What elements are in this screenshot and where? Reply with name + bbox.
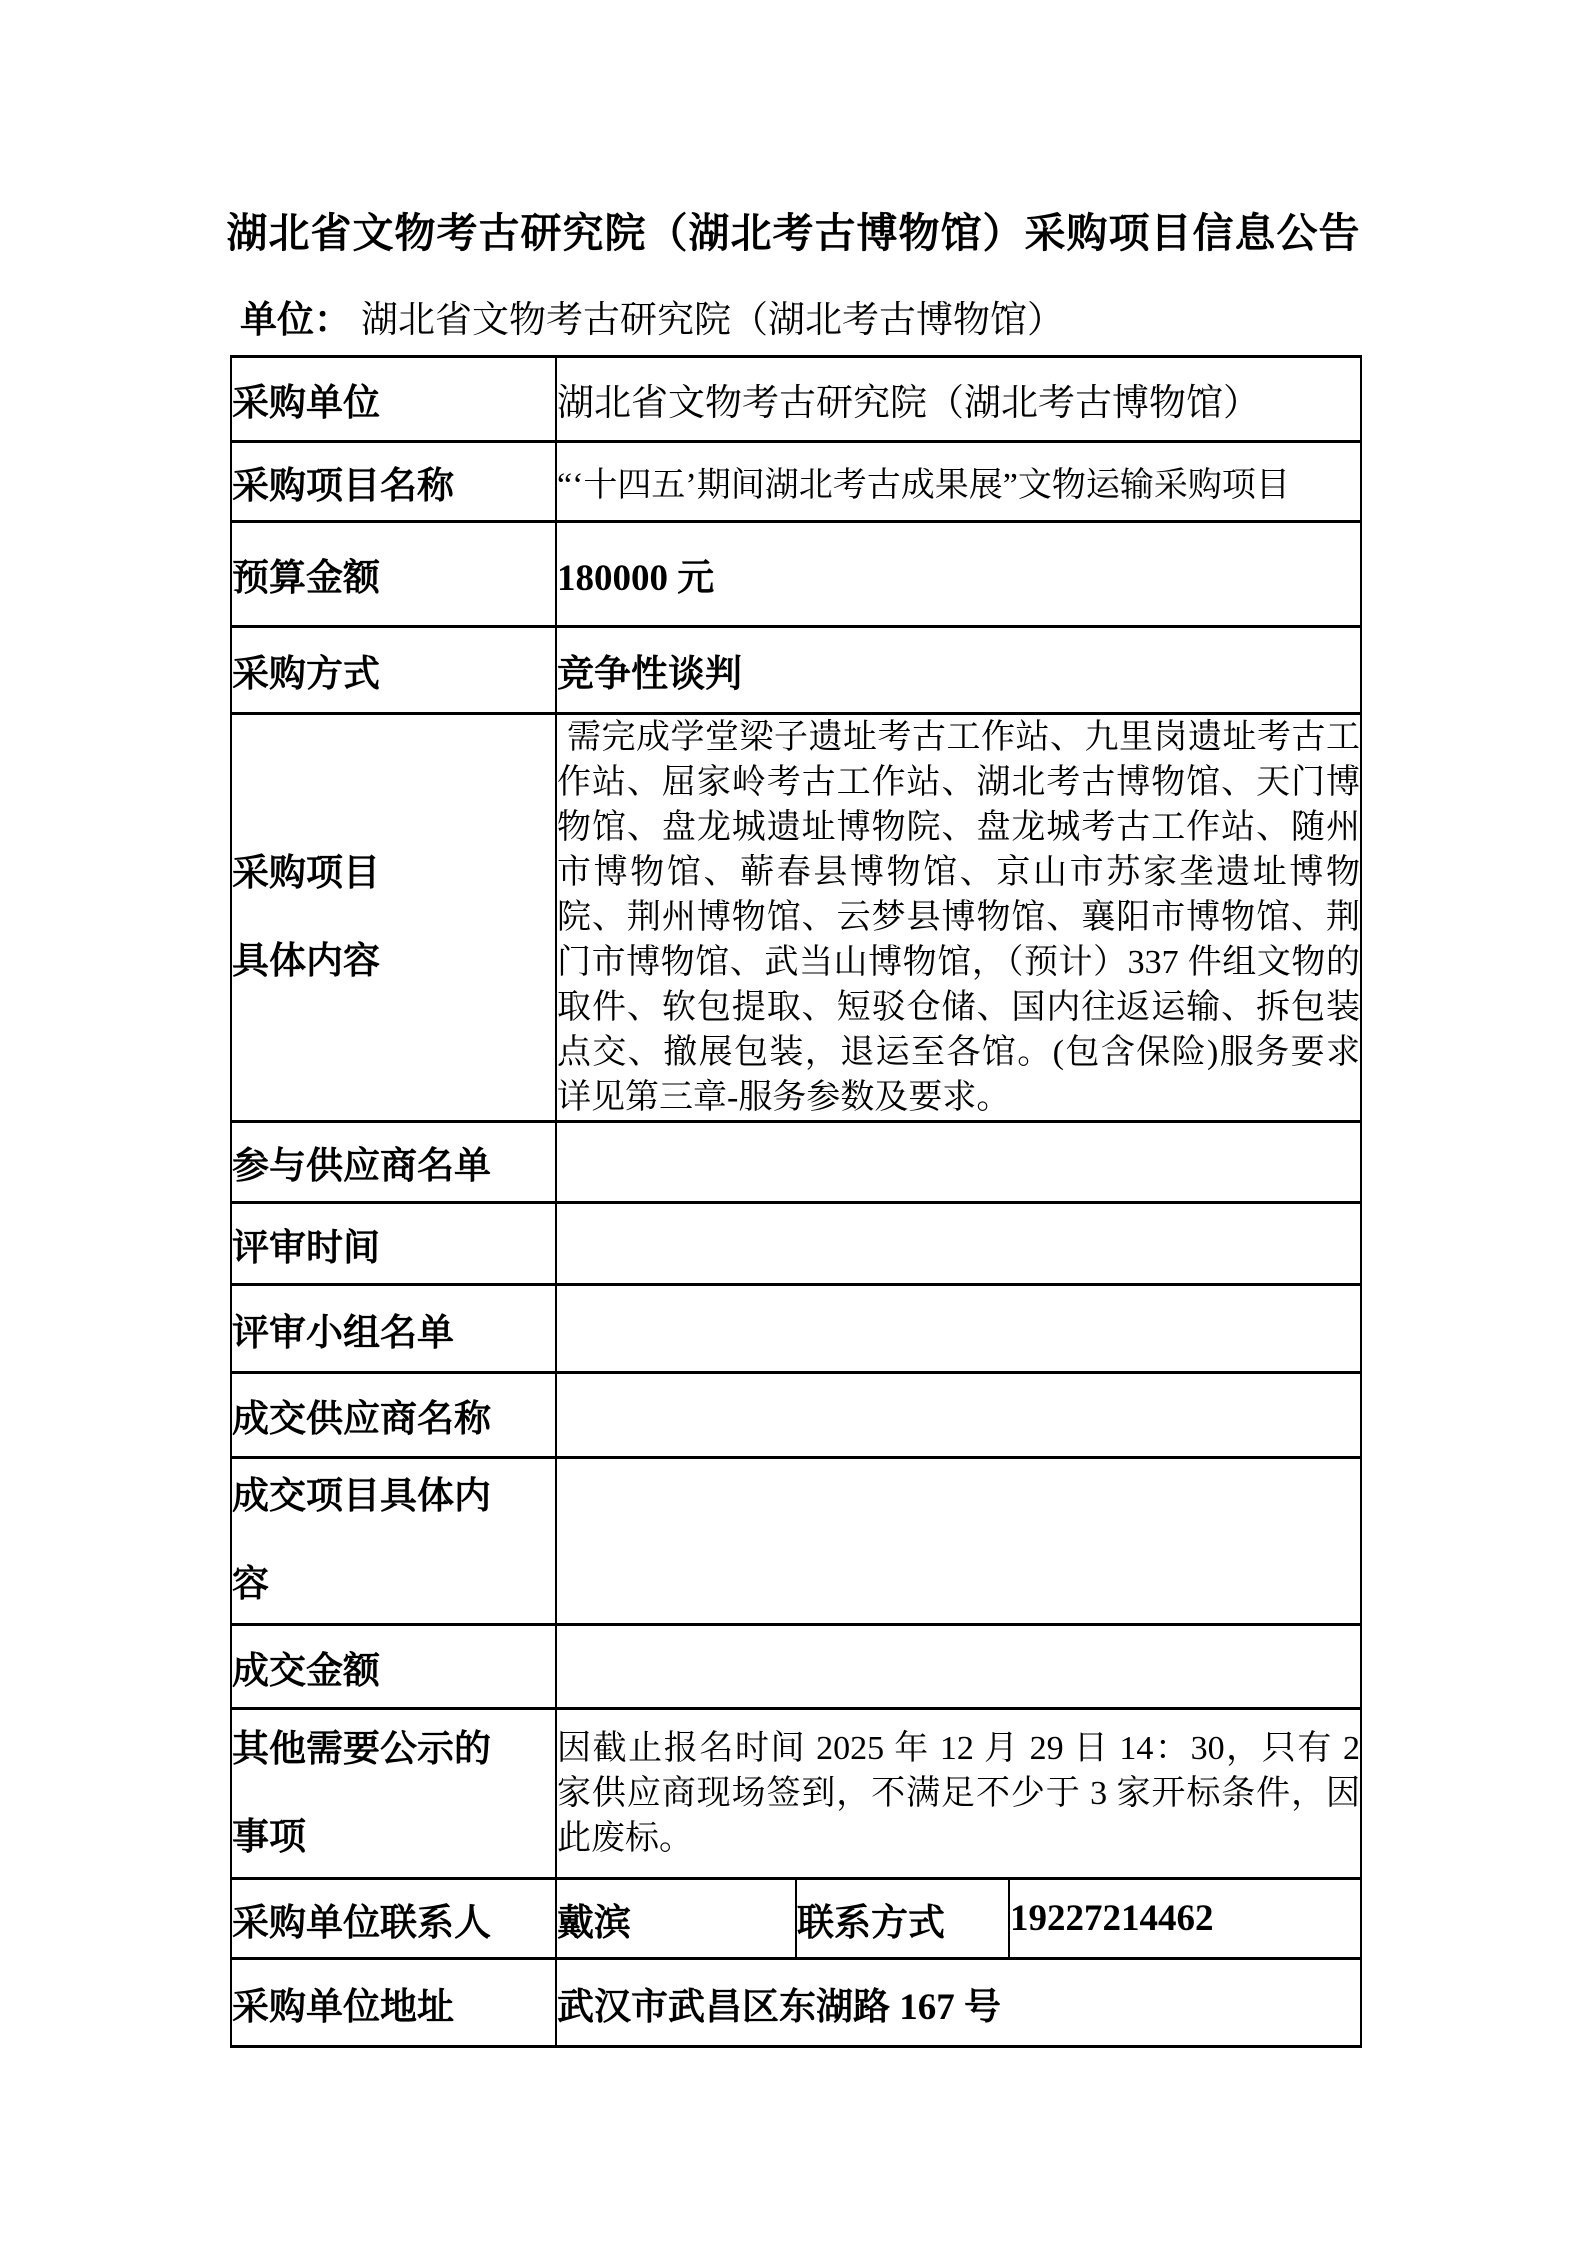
label-other-notes: 其他需要公示的 事项	[231, 1709, 556, 1879]
label-line: 具体内容	[232, 942, 555, 982]
value-project-name: “‘十四五’期间湖北考古成果展”文物运输采购项目	[556, 442, 1361, 522]
table-row: 成交项目具体内 容	[231, 1458, 1361, 1625]
label-contact-method: 联系方式	[796, 1879, 1009, 1959]
label-line: 事项	[232, 1818, 555, 1858]
table-row: 成交金额	[231, 1625, 1361, 1709]
value-winning-details	[556, 1458, 1361, 1625]
label-purchasing-address: 采购单位地址	[231, 1959, 556, 2047]
value-contact-phone: 19227214462	[1009, 1879, 1361, 1959]
value-winning-amount	[556, 1625, 1361, 1709]
table-row: 参与供应商名单	[231, 1122, 1361, 1203]
procurement-info-table: 采购单位 湖北省文物考古研究院（湖北考古博物馆） 采购项目名称 “‘十四五’期间…	[230, 355, 1362, 2048]
table-row: 采购单位联系人 戴滨 联系方式 19227214462	[231, 1879, 1361, 1959]
table-row: 其他需要公示的 事项 因截止报名时间 2025 年 12 月 29 日 14：3…	[231, 1709, 1361, 1879]
label-procurement-method: 采购方式	[231, 627, 556, 714]
value-purchasing-unit: 湖北省文物考古研究院（湖北考古博物馆）	[556, 357, 1361, 442]
page-title: 湖北省文物考古研究院（湖北考古博物馆）采购项目信息公告	[0, 200, 1587, 259]
value-procurement-method: 竞争性谈判	[556, 627, 1361, 714]
value-winning-supplier	[556, 1373, 1361, 1458]
table-row: 采购方式 竞争性谈判	[231, 627, 1361, 714]
table-row: 采购项目名称 “‘十四五’期间湖北考古成果展”文物运输采购项目	[231, 442, 1361, 522]
label-project-name: 采购项目名称	[231, 442, 556, 522]
value-other-notes: 因截止报名时间 2025 年 12 月 29 日 14：30，只有 2 家供应商…	[556, 1709, 1361, 1879]
table-row: 采购单位地址 武汉市武昌区东湖路 167 号	[231, 1959, 1361, 2047]
label-budget-amount: 预算金额	[231, 522, 556, 627]
label-winning-details: 成交项目具体内 容	[231, 1458, 556, 1625]
label-supplier-list: 参与供应商名单	[231, 1122, 556, 1203]
label-line: 采购项目	[232, 854, 555, 894]
label-review-time: 评审时间	[231, 1203, 556, 1285]
value-review-panel	[556, 1285, 1361, 1373]
label-contact-person: 采购单位联系人	[231, 1879, 556, 1959]
value-purchasing-address: 武汉市武昌区东湖路 167 号	[556, 1959, 1361, 2047]
table-row: 评审时间	[231, 1203, 1361, 1285]
label-project-details: 采购项目 具体内容	[231, 714, 556, 1122]
unit-line: 单位：湖北省文物考古研究院（湖北考古博物馆）	[240, 289, 1064, 343]
unit-label: 单位：	[240, 300, 351, 341]
value-supplier-list	[556, 1122, 1361, 1203]
value-project-details: 需完成学堂梁子遗址考古工作站、九里岗遗址考古工作站、屈家岭考古工作站、湖北考古博…	[556, 714, 1361, 1122]
value-review-time	[556, 1203, 1361, 1285]
label-line: 容	[232, 1565, 555, 1605]
label-purchasing-unit: 采购单位	[231, 357, 556, 442]
label-line: 其他需要公示的	[232, 1730, 555, 1770]
label-winning-supplier: 成交供应商名称	[231, 1373, 556, 1458]
table-row: 采购单位 湖北省文物考古研究院（湖北考古博物馆）	[231, 357, 1361, 442]
unit-value: 湖北省文物考古研究院（湖北考古博物馆）	[361, 300, 1064, 341]
value-contact-person: 戴滨	[556, 1879, 796, 1959]
table-row: 预算金额 180000 元	[231, 522, 1361, 627]
label-review-panel: 评审小组名单	[231, 1285, 556, 1373]
document-page: 湖北省文物考古研究院（湖北考古博物馆）采购项目信息公告 单位：湖北省文物考古研究…	[0, 0, 1587, 2245]
label-winning-amount: 成交金额	[231, 1625, 556, 1709]
table-row: 评审小组名单	[231, 1285, 1361, 1373]
table-row: 采购项目 具体内容 需完成学堂梁子遗址考古工作站、九里岗遗址考古工作站、屈家岭考…	[231, 714, 1361, 1122]
value-budget-amount: 180000 元	[556, 522, 1361, 627]
table-row: 成交供应商名称	[231, 1373, 1361, 1458]
label-line: 成交项目具体内	[232, 1477, 555, 1517]
